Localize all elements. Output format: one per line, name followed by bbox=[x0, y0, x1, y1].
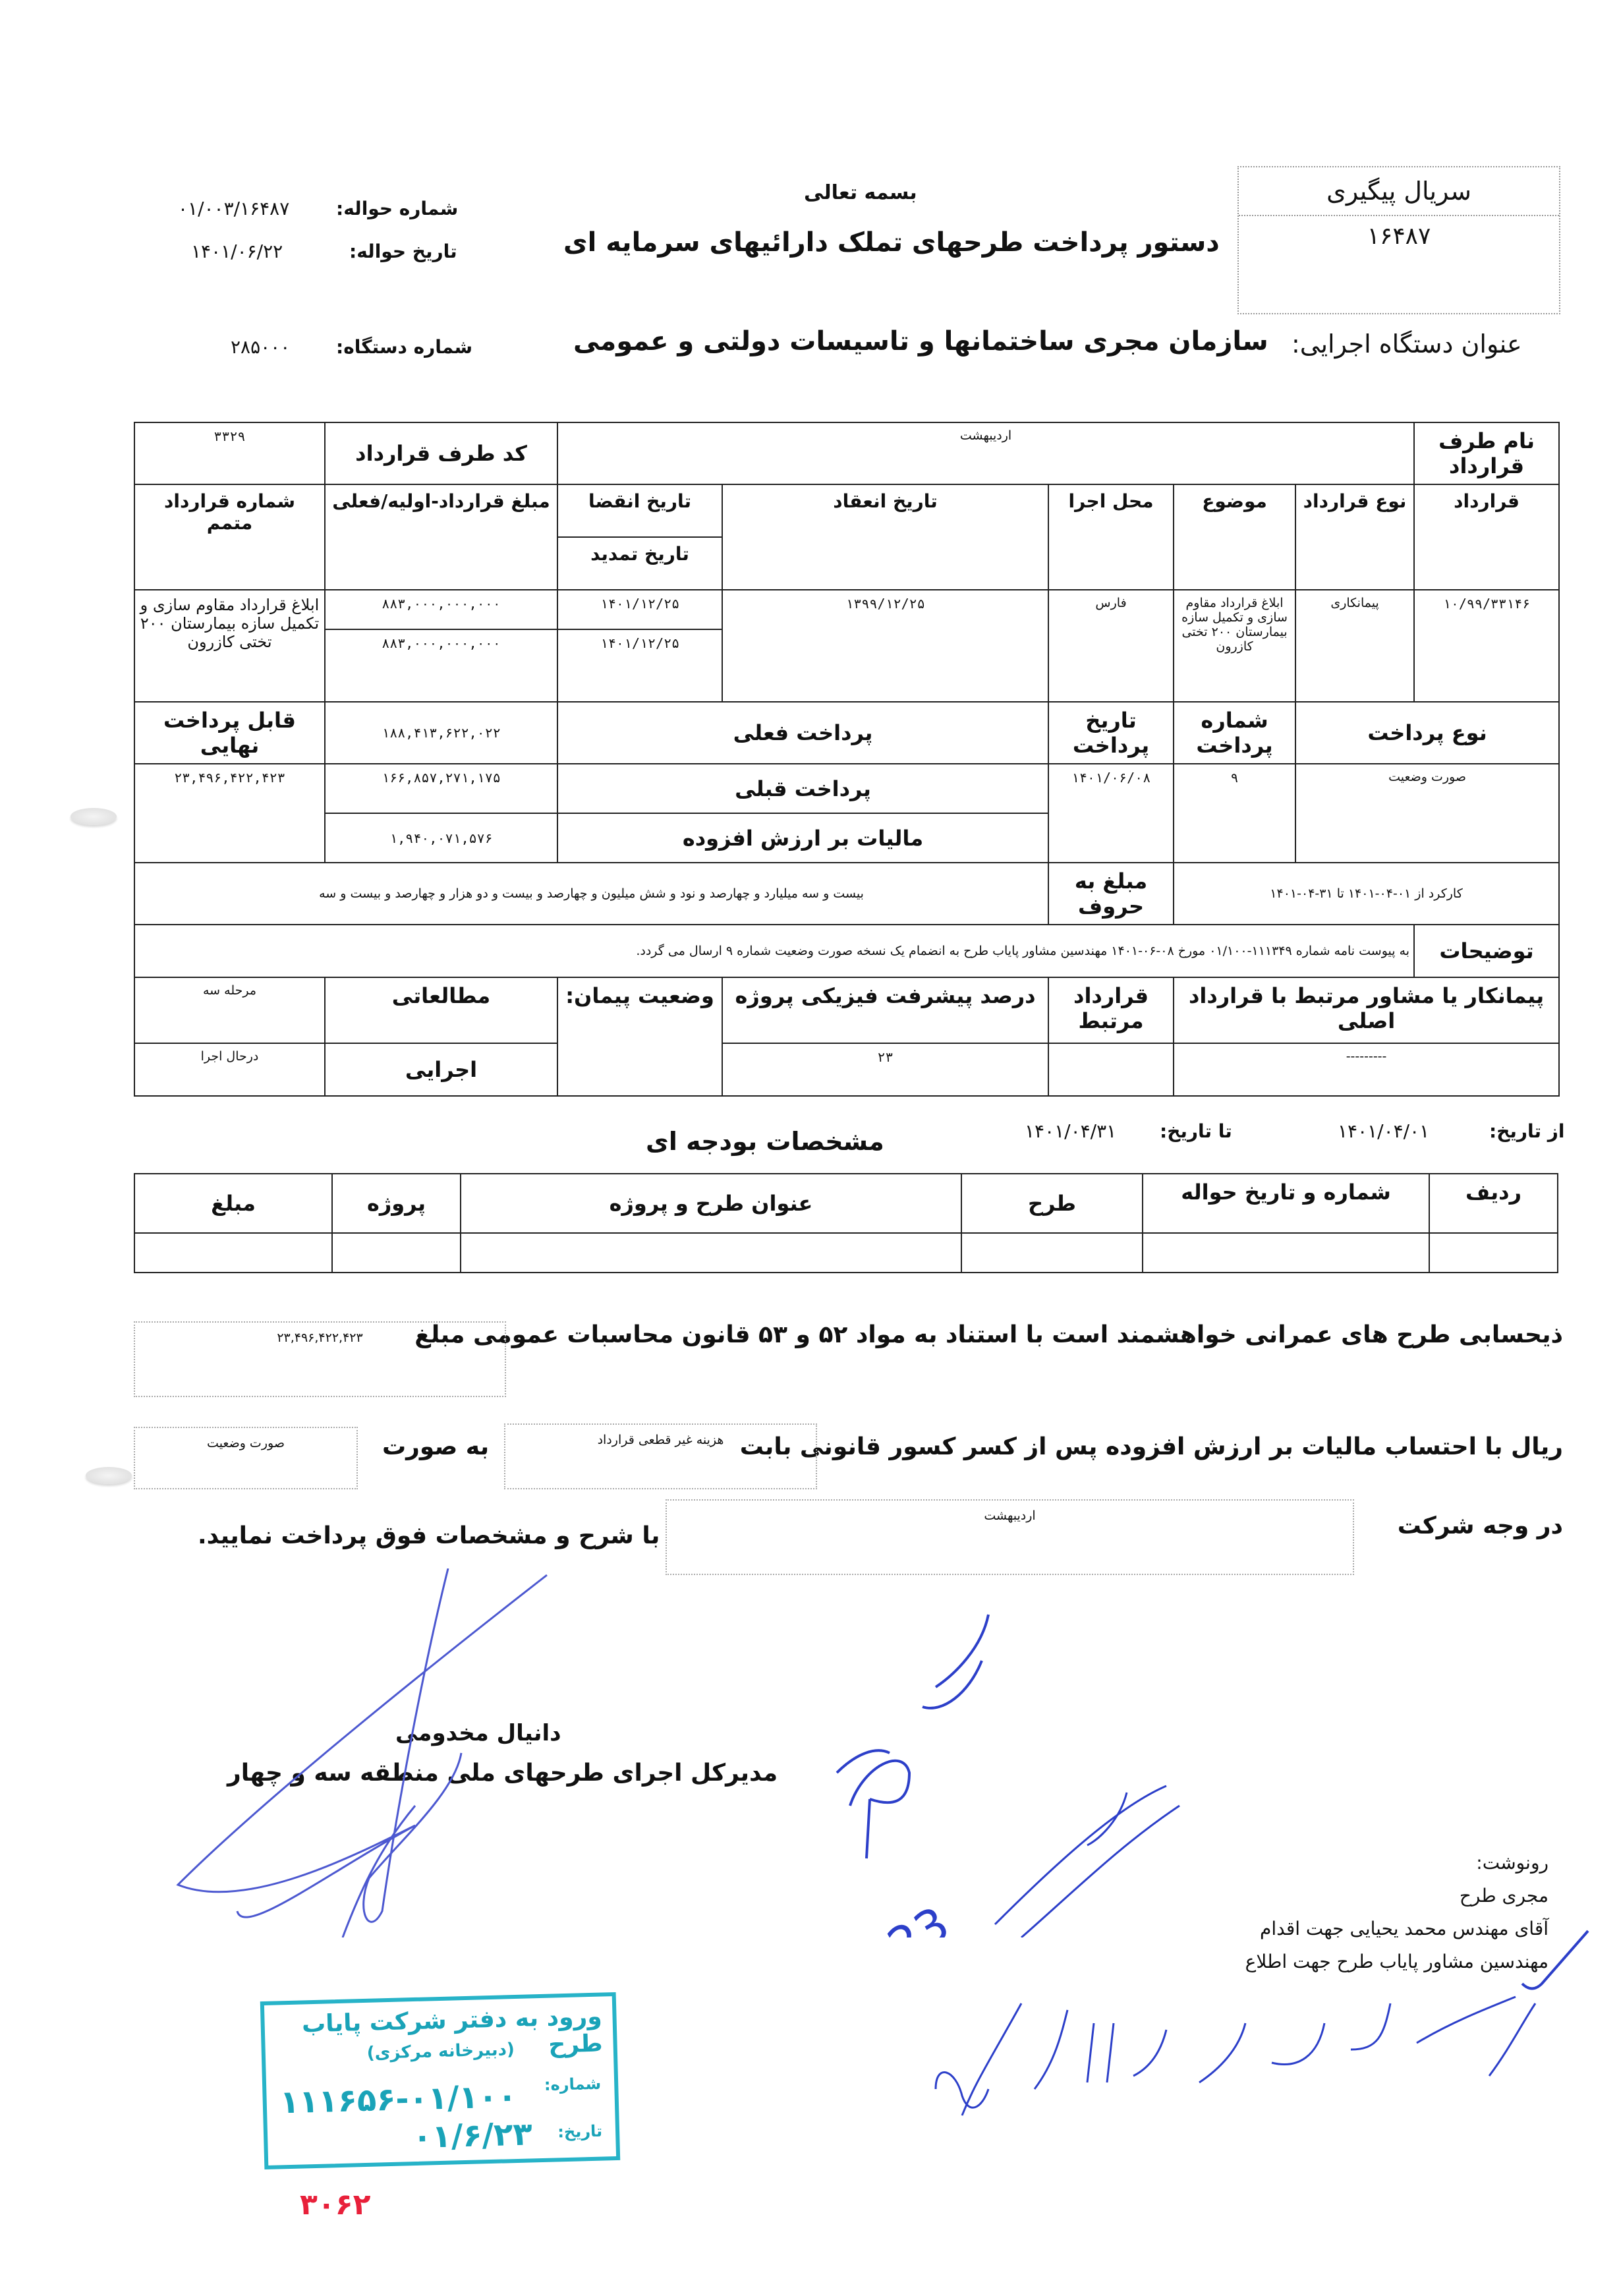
handwritten-annotation-2 bbox=[923, 1984, 1581, 2129]
budget-cell bbox=[1429, 1233, 1558, 1273]
contract-subject: ابلاغ قرارداد مقاوم سازی و تکمیل سازه بی… bbox=[1174, 590, 1295, 702]
cc-label: رونوشت: bbox=[1476, 1852, 1548, 1874]
execution-value: درحال اجرا bbox=[134, 1043, 325, 1096]
amount-value: ۲۳,۴۹۶,۴۲۲,۴۲۳ bbox=[277, 1331, 362, 1345]
payment-number: ۹ bbox=[1174, 764, 1295, 863]
party-code-label: کد طرف قرارداد bbox=[325, 422, 557, 484]
col-conclusion-date: تاریخ انعقاد bbox=[722, 484, 1048, 590]
signature-scribble bbox=[165, 1568, 626, 1937]
expiry-date: ۱۴۰۱/۱۲/۲۵ bbox=[557, 590, 722, 629]
receipt-stamp: ورود به دفتر شرکت پایاب طرح (دبیرخانه مر… bbox=[260, 1992, 620, 2169]
progress-value: ۲۳ bbox=[722, 1043, 1048, 1096]
party-code: ۳۳۲۹ bbox=[134, 422, 325, 484]
col-extension-date: تاریخ تمدید bbox=[557, 537, 722, 590]
budget-col-havaleh: شماره و تاریخ حواله bbox=[1143, 1174, 1429, 1233]
company-box: اردیبهشت bbox=[666, 1499, 1354, 1575]
period-from-label: از تاریخ: bbox=[1489, 1120, 1565, 1142]
body-line-2b: به صورت bbox=[382, 1433, 489, 1460]
contractor-value: --------- bbox=[1174, 1043, 1559, 1096]
contractor-label: پیمانکار یا مشاور مرتبط با قرارداد اصلی bbox=[1174, 977, 1559, 1043]
amount-initial: ۸۸۳,۰۰۰,۰۰۰,۰۰۰ bbox=[325, 590, 557, 629]
bismillah: بسمه تعالی bbox=[804, 181, 917, 204]
budget-cell bbox=[461, 1233, 961, 1273]
form-value: صورت وضعیت bbox=[207, 1436, 285, 1450]
cc-item-project-manager: مجری طرح bbox=[1460, 1885, 1548, 1907]
party-name: اردیبهشت bbox=[557, 422, 1414, 484]
period-to-label: تا تاریخ: bbox=[1160, 1120, 1232, 1142]
vat-label: مالیات بر ارزش افزوده bbox=[557, 813, 1048, 863]
for-value: هزینه غیر قطعی قرارداد bbox=[598, 1433, 724, 1447]
serial-label: سریال پیگیری bbox=[1239, 167, 1559, 216]
havaleh-date: ۱۴۰۱/۰۶/۲۲ bbox=[191, 241, 283, 262]
col-amount: مبلغ قرارداد-اولیه/فعلی bbox=[325, 484, 557, 590]
col-supplement: شماره قرارداد متمم bbox=[134, 484, 325, 590]
budget-col-project: پروژه bbox=[332, 1174, 461, 1233]
related-contract-label: قرارداد مرتبط bbox=[1048, 977, 1174, 1043]
col-contract: قرارداد bbox=[1414, 484, 1559, 590]
body-line-3a: در وجه شرکت bbox=[1398, 1512, 1563, 1539]
execution-label: اجرایی bbox=[325, 1043, 557, 1096]
payment-type-label: نوع پرداخت bbox=[1295, 702, 1559, 764]
havaleh-number-label: شماره حواله: bbox=[336, 198, 458, 219]
stamp-date-label: تاریخ: bbox=[557, 2122, 602, 2142]
final-payable: ۲۳,۴۹۶,۴۲۲,۴۲۳ bbox=[134, 764, 325, 863]
device-number-label: شماره دستگاه: bbox=[336, 336, 472, 358]
final-payable-label: قابل پرداخت نهایی bbox=[134, 702, 325, 764]
stamp-date: ۰۱/۶/۲۳ bbox=[412, 2115, 532, 2156]
payment-number-label: شماره پرداخت bbox=[1174, 702, 1295, 764]
page-number: ۳۰۶۲ bbox=[300, 2188, 370, 2222]
contract-location: فارس bbox=[1048, 590, 1174, 702]
budget-cell bbox=[134, 1233, 332, 1273]
budget-col-title: عنوان طرح و پروژه bbox=[461, 1174, 961, 1233]
tracking-serial-box: سریال پیگیری ۱۶۴۸۷ bbox=[1237, 166, 1560, 314]
amount-box: ۲۳,۴۹۶,۴۲۲,۴۲۳ bbox=[134, 1321, 506, 1397]
svg-text:23 06 01: 23 06 01 bbox=[810, 1896, 959, 1937]
amount-words-label: مبلغ به حروف bbox=[1048, 863, 1174, 925]
col-subject: موضوع bbox=[1174, 484, 1295, 590]
cc-item-payab-consultants: مهندسین مشاور پایاب طرح جهت اطلاع bbox=[1245, 1951, 1548, 1972]
payment-date-label: تاریخ پرداخت bbox=[1048, 702, 1174, 764]
body-line-1: ذیحسابی طرح های عمرانی خواهشمند است با ا… bbox=[414, 1321, 1563, 1348]
cc-item-yahyaei: آقای مهندس محمد یحیایی جهت اقدام bbox=[1260, 1918, 1548, 1939]
notes-label: توضیحات bbox=[1414, 925, 1559, 977]
budget-table: ردیف شماره و تاریخ حواله طرح عنوان طرح و… bbox=[134, 1173, 1558, 1273]
conclusion-date: ۱۳۹۹/۱۲/۲۵ bbox=[722, 590, 1048, 702]
current-payment: ۱۸۸,۴۱۳,۶۲۲,۰۲۲ bbox=[325, 702, 557, 764]
contract-type: پیمانکاری bbox=[1295, 590, 1414, 702]
col-expiry-date: تاریخ انقضا bbox=[557, 484, 722, 537]
org-label: عنوان دستگاه اجرایی: bbox=[1292, 330, 1522, 359]
company-value: اردیبهشت bbox=[984, 1508, 1035, 1523]
studies-label: مطالعاتی bbox=[325, 977, 557, 1043]
previous-payment: ۱۶۶,۸۵۷,۲۷۱,۱۷۵ bbox=[325, 764, 557, 813]
contract-status-label: وضعیت پیمان: bbox=[557, 977, 722, 1096]
period-from: ۱۴۰۱/۰۴/۰۱ bbox=[1338, 1120, 1429, 1142]
budget-cell bbox=[961, 1233, 1143, 1273]
contract-table: نام طرف قرارداد اردیبهشت کد طرف قرارداد … bbox=[134, 422, 1560, 1097]
budget-col-plan: طرح bbox=[961, 1174, 1143, 1233]
stamp-subtitle: (دبیرخانه مرکزی) bbox=[366, 2040, 515, 2063]
page-title: دستور پرداخت طرحهای تملک دارائیهای سرمای… bbox=[563, 227, 1220, 258]
serial-value: ۱۶۴۸۷ bbox=[1239, 216, 1559, 250]
havaleh-date-label: تاریخ حواله: bbox=[349, 241, 457, 262]
vat-amount: ۱,۹۴۰,۰۷۱,۵۷۶ bbox=[325, 813, 557, 863]
budget-cell bbox=[332, 1233, 461, 1273]
current-payment-label: پرداخت فعلی bbox=[557, 702, 1048, 764]
body-line-3b: با شرح و مشخصات فوق پرداخت نمایید. bbox=[198, 1522, 660, 1549]
progress-label: درصد پیشرفت فیزیکی پروژه bbox=[722, 977, 1048, 1043]
org-name: سازمان مجری ساختمانها و تاسیسات دولتی و … bbox=[573, 326, 1268, 357]
related-contract-value bbox=[1048, 1043, 1174, 1096]
extension-date: ۱۴۰۱/۱۲/۲۵ bbox=[557, 629, 722, 702]
budget-col-amount: مبلغ bbox=[134, 1174, 332, 1233]
work-period: کارکرد از ۰۱-۰۴-۱۴۰۱ تا ۳۱-۰۴-۱۴۰۱ bbox=[1174, 863, 1559, 925]
col-location: محل اجرا bbox=[1048, 484, 1174, 590]
amount-in-words: بیست و سه میلیارد و چهارصد و نود و شش می… bbox=[134, 863, 1048, 925]
body-line-2a: ریال با احتساب مالیات بر ارزش افزوده پس … bbox=[740, 1433, 1563, 1460]
payment-date: ۱۴۰۱/۰۶/۰۸ bbox=[1048, 764, 1174, 863]
handwritten-annotation-1: 23 06 01 bbox=[810, 1608, 1219, 1937]
stamp-number: ۱۱۱۶۵۶-۰۱/۱۰۰ bbox=[279, 2078, 517, 2121]
form-box: صورت وضعیت bbox=[134, 1427, 358, 1489]
period-to: ۱۴۰۱/۰۴/۳۱ bbox=[1025, 1120, 1116, 1142]
previous-payment-label: پرداخت قبلی bbox=[557, 764, 1048, 813]
payment-type: صورت وضعیت bbox=[1295, 764, 1559, 863]
contract-number: ۱۰/۹۹/۳۳۱۴۶ bbox=[1414, 590, 1559, 702]
amount-current: ۸۸۳,۰۰۰,۰۰۰,۰۰۰ bbox=[325, 629, 557, 702]
col-contract-type: نوع قرارداد bbox=[1295, 484, 1414, 590]
studies-value: مرحله سه bbox=[134, 977, 325, 1043]
party-name-label: نام طرف قرارداد bbox=[1414, 422, 1559, 484]
device-number: ۲۸۵۰۰۰ bbox=[231, 336, 290, 358]
notes-text: به پیوست نامه شماره ۱۱۱۳۴۹-۰۱/۱۰۰ مورخ ۰… bbox=[134, 925, 1414, 977]
for-box: هزینه غیر قطعی قرارداد bbox=[504, 1423, 817, 1489]
budget-col-row: ردیف bbox=[1429, 1174, 1558, 1233]
budget-cell bbox=[1143, 1233, 1429, 1273]
punch-hole-bottom bbox=[86, 1467, 132, 1484]
havaleh-number: ۰۱/۰۰۳/۱۶۴۸۷ bbox=[178, 198, 289, 219]
supplement-number: ابلاغ قرارداد مقاوم سازی و تکمیل سازه بی… bbox=[134, 590, 325, 702]
budget-title: مشخصات بودجه ای bbox=[646, 1127, 884, 1156]
punch-hole-top bbox=[71, 808, 117, 825]
stamp-number-label: شماره: bbox=[544, 2075, 602, 2094]
